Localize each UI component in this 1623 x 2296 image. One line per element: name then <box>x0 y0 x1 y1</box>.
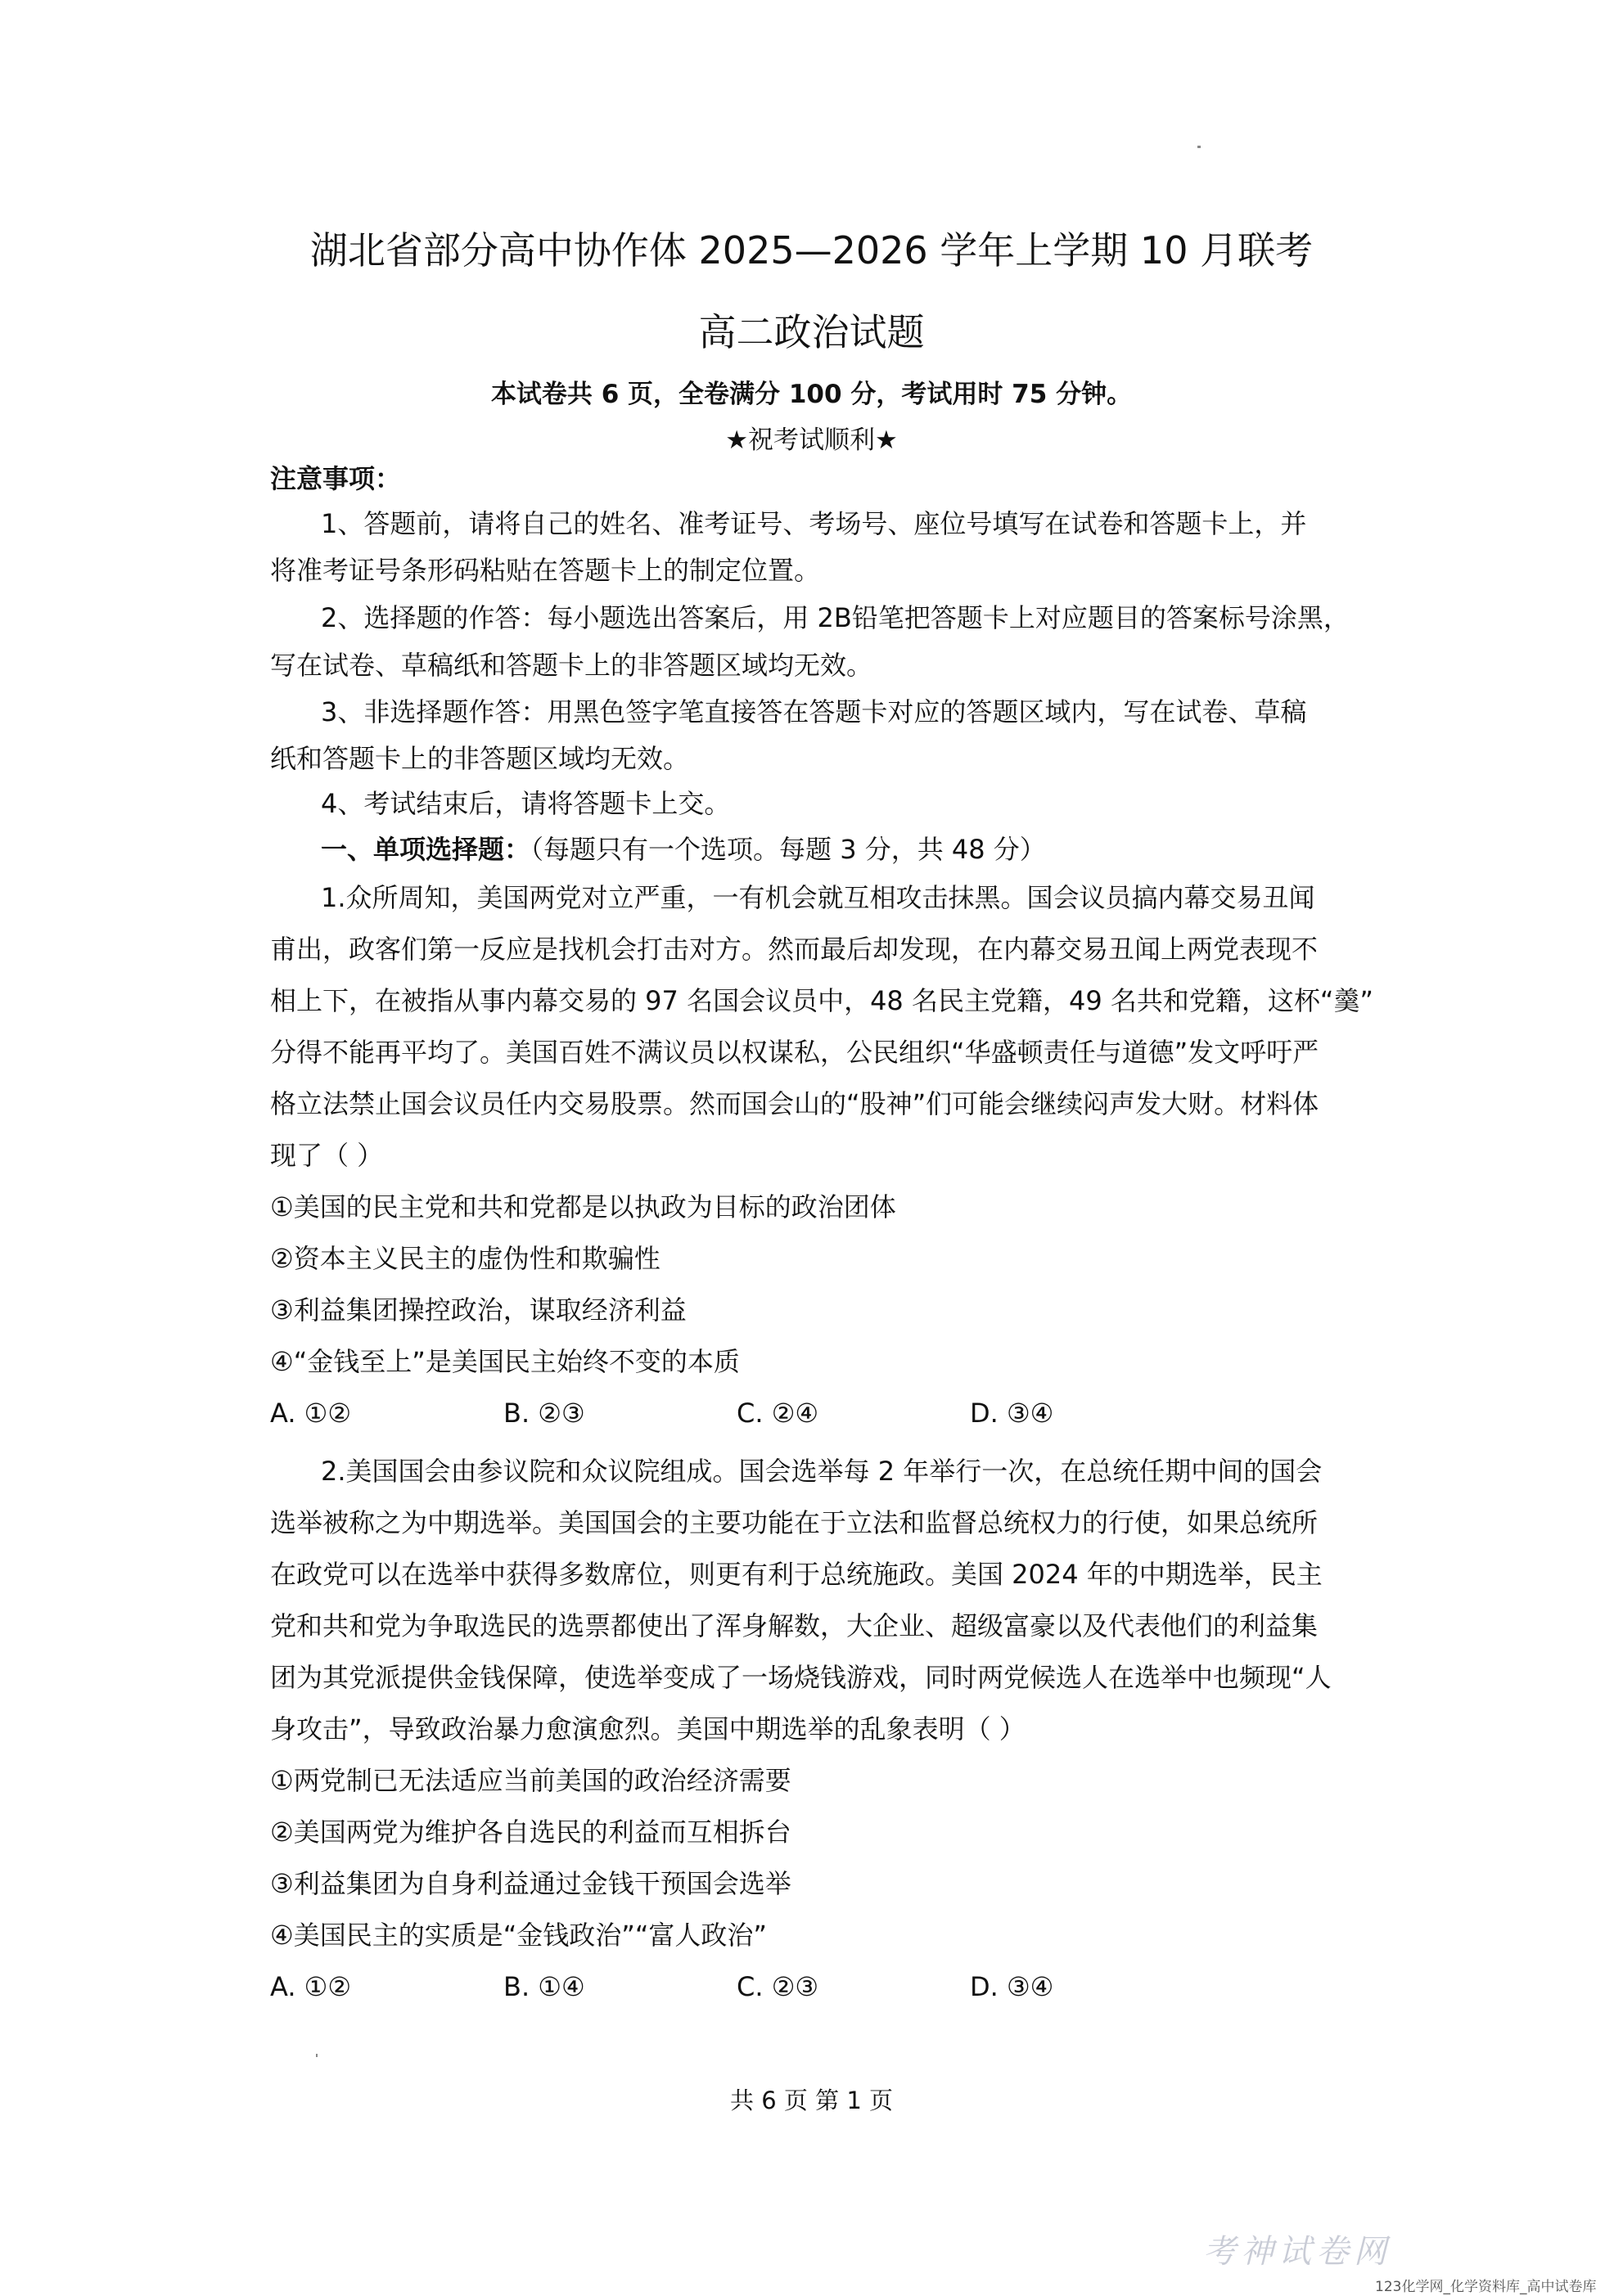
watermark-source: 123化学网_化学资料库_高中试卷库 <box>1375 2275 1596 2295</box>
question-stem-line: 分得不能再平均了。美国百姓不满议员以权谋私，公民组织“华盛顿责任与道德”发文呼吁… <box>270 1036 1319 1069</box>
notice-line: 纸和答题卡上的非答题区域均无效。 <box>270 742 689 775</box>
question-stem-line: 相上下，在被指从事内幕交易的 97 名国会议员中，48 名民主党籍，49 名共和… <box>270 984 1373 1017</box>
question-stem-line: 2.美国国会由参议院和众议院组成。国会选举每 2 年举行一次，在总统任期中间的国… <box>321 1455 1322 1488</box>
option-d[interactable]: D. ③④ <box>970 1970 1053 2003</box>
section-heading-note: （每题只有一个选项。每题 3 分，共 48 分） <box>530 834 1046 865</box>
exam-wish: ★祝考试顺利★ <box>0 419 1623 456</box>
notice-line: 2、选择题的作答：每小题选出答案后，用 2B铅笔把答题卡上对应题目的答案标号涂黑… <box>321 601 1350 634</box>
option-a[interactable]: A. ①② <box>270 1397 351 1429</box>
question-stem-line: 1.众所周知，美国两党对立严重，一有机会就互相攻击抹黑。国会议员搞内幕交易丑闻 <box>321 881 1315 914</box>
question-stem-line: 现了（ ） <box>270 1139 383 1172</box>
statement: ④“金钱至上”是美国民主始终不变的本质 <box>270 1345 740 1378</box>
option-b[interactable]: B. ②③ <box>503 1397 585 1429</box>
statement: ③利益集团操控政治，谋取经济利益 <box>270 1294 687 1326</box>
question-stem-line: 身攻击”，导致政治暴力愈演愈烈。美国中期选举的乱象表明（ ） <box>270 1713 1026 1745</box>
page-number: 共 6 页 第 1 页 <box>0 2082 1623 2116</box>
section-heading: 一、单项选择题：（每题只有一个选项。每题 3 分，共 48 分） <box>321 833 1046 866</box>
notice-line: 将准考证号条形码粘贴在答题卡上的制定位置。 <box>270 554 820 587</box>
scan-speck <box>1197 146 1201 148</box>
notice-line: 3、非选择题作答：用黑色签字笔直接答在答题卡对应的答题区域内，写在试卷、草稿 <box>321 696 1306 728</box>
option-a[interactable]: A. ①② <box>270 1970 351 2003</box>
option-b[interactable]: B. ①④ <box>503 1970 585 2003</box>
question-stem-line: 党和共和党为争取选民的选票都使出了浑身解数，大企业、超级富豪以及代表他们的利益集 <box>270 1609 1318 1642</box>
notice-line: 4、考试结束后，请将答题卡上交。 <box>321 787 730 820</box>
option-d[interactable]: D. ③④ <box>970 1397 1053 1429</box>
section-heading-label: 一、单项选择题： <box>321 834 530 865</box>
question-stem-line: 选举被称之为中期选举。美国国会的主要功能在于立法和监督总统权力的行使，如果总统所 <box>270 1506 1318 1539</box>
question-stem-line: 格立法禁止国会议员任内交易股票。然而国会山的“股神”们可能会继续闷声发大财。材料… <box>270 1087 1319 1120</box>
question-stem-line: 团为其党派提供金钱保障，使选举变成了一场烧钱游戏，同时两党候选人在选举中也频现“… <box>270 1661 1332 1694</box>
question-stem-line: 甫出，政客们第一反应是找机会打击对方。然而最后却发现，在内幕交易丑闻上两党表现不 <box>270 933 1318 966</box>
statement: ③利益集团为自身利益通过金钱干预国会选举 <box>270 1867 791 1900</box>
notice-line: 写在试卷、草稿纸和答题卡上的非答题区域均无效。 <box>270 649 872 682</box>
option-c[interactable]: C. ②③ <box>737 1970 818 2003</box>
statement: ①美国的民主党和共和党都是以执政为目标的政治团体 <box>270 1191 896 1223</box>
exam-title: 湖北省部分高中协作体 2025—2026 学年上学期 10 月联考 <box>0 221 1623 275</box>
question-stem-line: 在政党可以在选举中获得多数席位，则更有利于总统施政。美国 2024 年的中期选举… <box>270 1558 1323 1591</box>
watermark-logo: 考神试卷网 <box>1203 2226 1391 2272</box>
notice-line: 1、答题前，请将自己的姓名、准考证号、考场号、座位号填写在试卷和答题卡上，并 <box>321 507 1306 540</box>
statement: ①两党制已无法适应当前美国的政治经济需要 <box>270 1764 791 1797</box>
statement: ②资本主义民主的虚伪性和欺骗性 <box>270 1242 660 1275</box>
exam-subtitle: 高二政治试题 <box>0 303 1623 357</box>
exam-info: 本试卷共 6 页，全卷满分 100 分，考试用时 75 分钟。 <box>0 373 1623 410</box>
option-c[interactable]: C. ②④ <box>737 1397 818 1429</box>
scan-speck <box>316 2054 318 2057</box>
notice-heading: 注意事项： <box>270 462 401 495</box>
statement: ④美国民主的实质是“金钱政治”“富人政治” <box>270 1919 767 1952</box>
statement: ②美国两党为维护各自选民的利益而互相拆台 <box>270 1816 791 1848</box>
